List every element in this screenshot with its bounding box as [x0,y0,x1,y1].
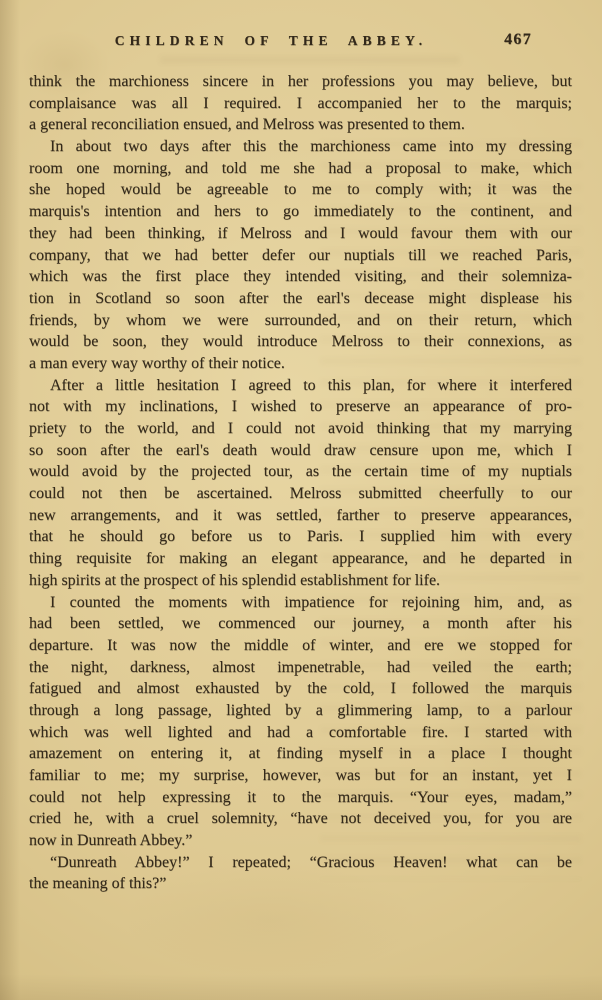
text-line: through a long passage, lighted by a gli… [29,700,572,722]
text-line: priety to the world, and I could not avo… [29,418,572,440]
text-line: company, that we had better defer our nu… [29,245,572,267]
text-line: had been settled, we commenced our journ… [29,613,572,635]
page-edge-shadow [0,974,602,1000]
text-line: could not help expressing it to the marq… [29,787,572,809]
page-number: 467 [504,31,532,49]
text-line: I counted the moments with impatience fo… [29,592,572,614]
text-line: a man every way worthy of their notice. [29,353,572,375]
text-line: not with my inclinations, I wished to pr… [29,396,572,418]
text-line: which was the first place they intended … [29,266,572,288]
text-line: the meaning of this?” [29,873,572,895]
text-line: “Dunreath Abbey!” I repeated; “Gracious … [29,852,572,874]
book-title-header: CHILDREN OF THE ABBEY. [30,33,512,49]
text-line: departure. It was now the middle of wint… [29,635,572,657]
text-line: new arrangements, and it was settled, fa… [29,505,572,527]
text-line: In about two days after this the marchio… [29,136,572,158]
text-line: thing requisite for making an elegant ap… [29,548,572,570]
text-line: would be soon, they would introduce Melr… [29,331,572,353]
text-line: room one morning, and told me she had a … [29,158,572,180]
text-line: fatigued and almost exhausted by the col… [29,678,572,700]
text-line: that he should go before us to Paris. I … [29,526,572,548]
text-line: think the marchioness sincere in her pro… [29,71,572,93]
text-line: high spirits at the prospect of his sple… [29,570,572,592]
text-line: so soon after the earl's death would dra… [29,440,572,462]
text-line: which was well lighted and had a comfort… [29,722,572,744]
text-line: the night, darkness, almost impenetrable… [29,657,572,679]
text-line: she hoped would be agreeable to me to co… [29,179,572,201]
text-line: After a little hesitation I agreed to th… [29,375,572,397]
binding-gutter-shadow [0,0,20,1000]
book-page-scan: CHILDREN OF THE ABBEY. 467 think the mar… [0,0,602,1000]
text-line: tion in Scotland so soon after the earl'… [29,288,572,310]
text-line: marquis's intention and hers to go immed… [29,201,572,223]
ink-bleed-through [160,56,460,72]
text-line: could not then be ascertained. Melross s… [29,483,572,505]
text-line: complaisance was all I required. I accom… [29,93,572,115]
text-line: now in Dunreath Abbey.” [29,830,572,852]
text-line: cried he, with a cruel solemnity, “have … [29,808,572,830]
running-header: CHILDREN OF THE ABBEY. 467 [30,33,572,53]
text-line: amazement on entering it, at finding mys… [29,743,572,765]
text-line: familiar to me; my surprise, however, wa… [29,765,572,787]
page-text: think the marchioness sincere in her pro… [29,71,572,895]
text-line: would avoid by the projected tour, as th… [29,461,572,483]
text-line: friends, by whom we were surrounded, and… [29,310,572,332]
text-line: they had been thinking, if Melross and I… [29,223,572,245]
text-line: a general reconciliation ensued, and Mel… [29,114,572,136]
